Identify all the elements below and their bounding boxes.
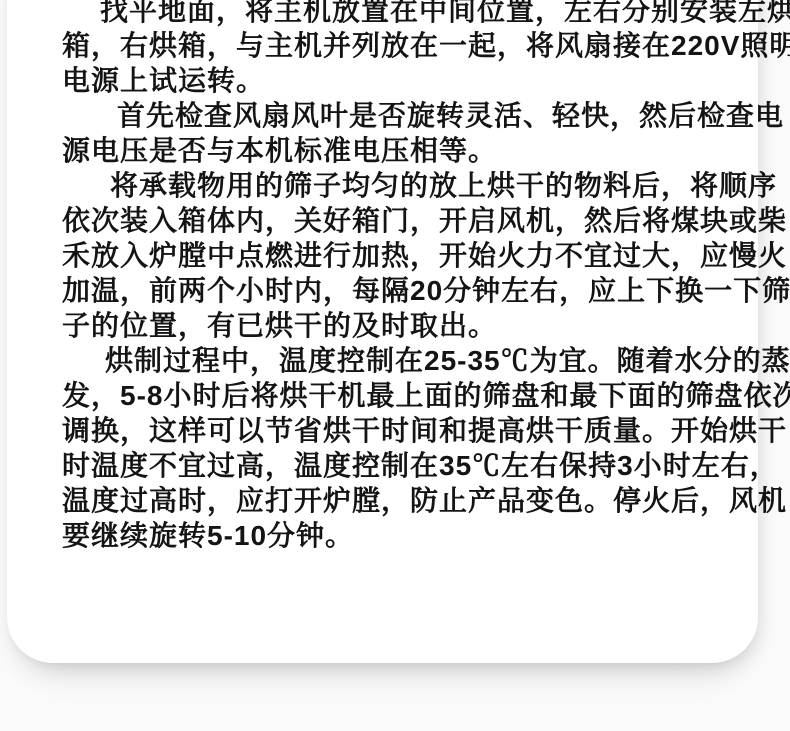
paragraph-setup-and-test-run: 找平地面，将主机放置在中间位置，左右分别安装左烘 箱，右烘箱，与主机并列放在一起… bbox=[62, 0, 730, 98]
text-line: 禾放入炉膛中点燃进行加热，开始火力不宜过大，应慢火 bbox=[62, 238, 730, 273]
text-line: 找平地面，将主机放置在中间位置，左右分别安装左烘 bbox=[62, 0, 730, 28]
text-line: 依次装入箱体内，关好箱门，开启风机，然后将煤块或柴 bbox=[62, 203, 730, 238]
text-line: 子的位置，有已烘干的及时取出。 bbox=[62, 308, 730, 343]
text-line: 要继续旋转5-10分钟。 bbox=[62, 518, 730, 553]
paragraph-loading-and-heating: 将承载物用的筛子均匀的放上烘干的物料后，将顺序 依次装入箱体内，关好箱门，开启风… bbox=[62, 168, 730, 343]
text-line: 将承载物用的筛子均匀的放上烘干的物料后，将顺序 bbox=[62, 168, 730, 203]
text-line: 温度过高时，应打开炉膛，防止产品变色。停火后，风机 bbox=[62, 483, 730, 518]
text-line: 箱，右烘箱，与主机并列放在一起，将风扇接在220V照明 bbox=[62, 28, 730, 63]
text-line: 发，5-8小时后将烘干机最上面的筛盘和最下面的筛盘依次 bbox=[62, 378, 730, 413]
text-line: 源电压是否与本机标准电压相等。 bbox=[62, 133, 730, 168]
text-line: 调换，这样可以节省烘干时间和提高烘干质量。开始烘干 bbox=[62, 413, 730, 448]
text-line: 电源上试运转。 bbox=[62, 63, 730, 98]
text-line: 首先检查风扇风叶是否旋转灵活、轻快，然后检查电 bbox=[62, 98, 730, 133]
text-line: 加温，前两个小时内，每隔20分钟左右，应上下换一下筛 bbox=[62, 273, 730, 308]
paragraph-temperature-control: 烘制过程中，温度控制在25-35℃为宜。随着水分的蒸 发，5-8小时后将烘干机最… bbox=[62, 343, 730, 553]
page-background: 找平地面，将主机放置在中间位置，左右分别安装左烘 箱，右烘箱，与主机并列放在一起… bbox=[0, 0, 790, 731]
text-line: 烘制过程中，温度控制在25-35℃为宜。随着水分的蒸 bbox=[62, 343, 730, 378]
content-card: 找平地面，将主机放置在中间位置，左右分别安装左烘 箱，右烘箱，与主机并列放在一起… bbox=[7, 0, 758, 663]
paragraph-pre-check: 首先检查风扇风叶是否旋转灵活、轻快，然后检查电 源电压是否与本机标准电压相等。 bbox=[62, 98, 730, 168]
text-line: 时温度不宜过高，温度控制在35℃左右保持3小时左右， bbox=[62, 448, 730, 483]
instructions-text-block: 找平地面，将主机放置在中间位置，左右分别安装左烘 箱，右烘箱，与主机并列放在一起… bbox=[62, 0, 730, 553]
